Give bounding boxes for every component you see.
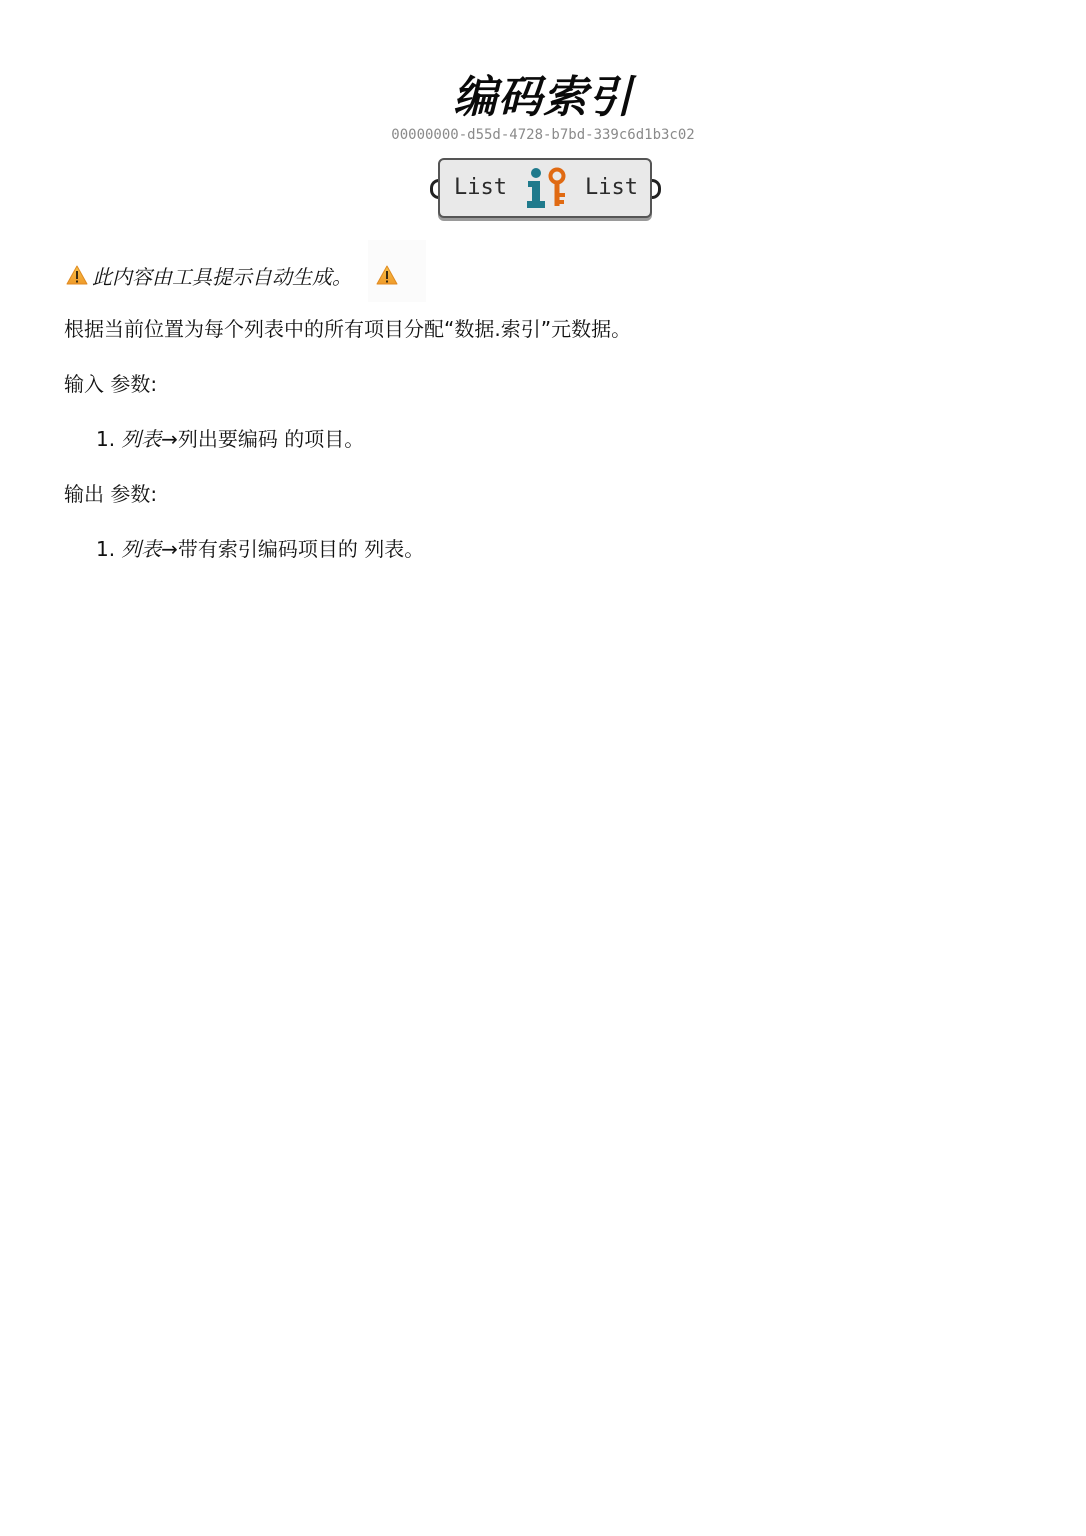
input-port-label: List [454, 174, 507, 202]
auto-generated-notice: 此内容由工具提示自动生成。 [66, 260, 398, 290]
warning-icon [376, 265, 398, 285]
inputs-heading: 输入 参数: [64, 369, 157, 399]
page-title: 编码索引 [0, 68, 1086, 128]
notice-text: 此内容由工具提示自动生成。 [92, 261, 352, 290]
item-number: 1. [96, 537, 115, 561]
component-guid: 00000000-d55d-4728-b7bd-339c6d1b3c02 [0, 126, 1086, 144]
input-param-item: 1.列表→列出要编码 的项目。 [96, 424, 364, 454]
component-description: 根据当前位置为每个列表中的所有项目分配“数据.索引”元数据。 [64, 314, 631, 344]
param-description: 带有索引编码项目的 列表。 [178, 537, 424, 561]
outputs-heading: 输出 参数: [64, 479, 157, 509]
output-grip [652, 179, 661, 199]
output-port-label: List [585, 174, 638, 202]
param-name: 列表 [121, 427, 161, 451]
arrow: → [161, 427, 178, 451]
warning-icon [66, 265, 88, 285]
param-description: 列出要编码 的项目。 [178, 427, 364, 451]
output-param-item: 1.列表→带有索引编码项目的 列表。 [96, 534, 424, 564]
item-number: 1. [96, 427, 115, 451]
arrow: → [161, 537, 178, 561]
param-name: 列表 [121, 537, 161, 561]
info-key-icon [522, 164, 570, 212]
